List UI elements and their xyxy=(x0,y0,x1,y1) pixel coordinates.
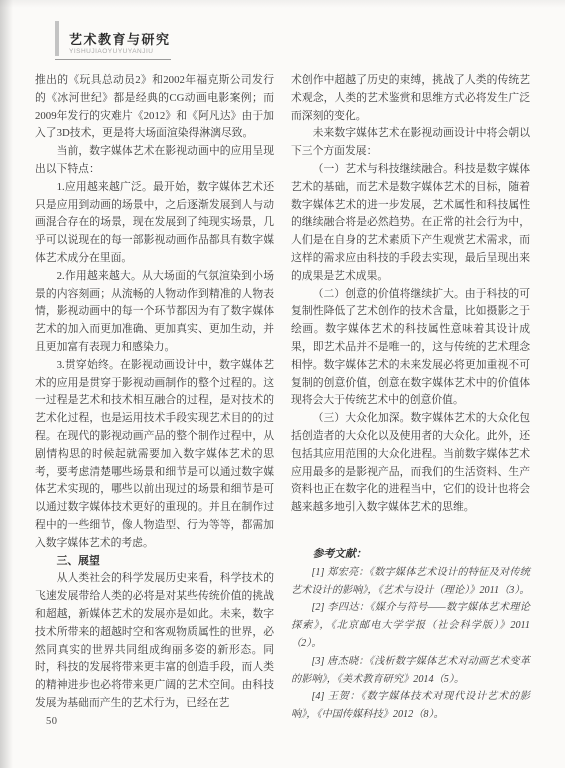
paragraph-intro-features: 当前，数字媒体艺术在影视动画中的应用呈现出以下特点： xyxy=(35,143,274,179)
header-vertical-bar xyxy=(55,21,59,56)
journal-page: 艺术教育与研究 YISHUJIAOYUYUYANJIU 推出的《玩具总动员2》和… xyxy=(0,0,565,768)
paragraph-direction-1: （一）艺术与科技继续融合。科技是数字媒体艺术的基础，而艺术是数字媒体艺术的目标，… xyxy=(291,161,530,286)
left-column: 推出的《玩具总动员2》和2002年福克斯公司发行的《冰河世纪》都是经典的CG动画… xyxy=(35,72,274,724)
right-column: 术创作中超越了历史的束缚，挑战了人类的传统艺术观念，人类的艺术鉴赏和思维方式必将… xyxy=(291,72,530,724)
paragraph-feature-1: 1.应用越来越广泛。最开始，数字媒体艺术还只是应用到动画的场景中，之后逐渐发展到… xyxy=(35,179,274,268)
paragraph-feature-3: 3.贯穿始终。在影视动画设计中，数字媒体艺术的应用是贯穿于影视动画制作的整个过程… xyxy=(35,357,274,553)
section-heading-outlook: 三、展望 xyxy=(35,553,274,571)
paragraph-direction-2: （二）创意的价值将继续扩大。由于科技的可复制性降低了艺术创作的技术含量，比如摄影… xyxy=(291,286,530,411)
paragraph-outlook: 从人类社会的科学发展历史来看，科学技术的飞速发展带给人类的必将是对某些传统价值的… xyxy=(35,570,274,712)
scan-left-edge-shadow xyxy=(0,0,13,768)
paragraph-continuation: 术创作中超越了历史的束缚，挑战了人类的传统艺术观念，人类的艺术鉴赏和思维方式必将… xyxy=(291,72,530,125)
paragraph-direction-3: （三）大众化加深。数字媒体艺术的大众化包括创造者的大众化以及使用者的大众化。此外… xyxy=(291,410,530,517)
paragraph-intro-directions: 未来数字媒体艺术在影视动画设计中将会朝以下三个方面发展： xyxy=(291,125,530,161)
journal-header: 艺术教育与研究 YISHUJIAOYUYUYANJIU xyxy=(55,22,171,60)
references-heading: 参考文献： xyxy=(291,546,530,564)
header-text-block: 艺术教育与研究 YISHUJIAOYUYUYANJIU xyxy=(69,22,171,56)
paragraph-feature-2: 2.作用越来越大。从大场面的气氛渲染到小场景的内容刻画；从流畅的人物动作到精准的… xyxy=(35,268,274,357)
reference-item: [1] 郑宏亮：《数字媒体艺术设计的特征及对传统艺术设计的影响》，《艺术与设计（… xyxy=(291,564,530,600)
article-body: 推出的《玩具总动员2》和2002年福克斯公司发行的《冰河世纪》都是经典的CG动画… xyxy=(35,72,530,724)
scan-top-edge-shadow xyxy=(0,0,565,8)
journal-title: 艺术教育与研究 xyxy=(69,32,171,47)
page-number: 50 xyxy=(46,716,58,727)
journal-title-pinyin: YISHUJIAOYUYUYANJIU xyxy=(69,48,171,56)
reference-item: [2] 李四达：《媒介与符号——数字媒体艺术理论探索》，《北京邮电大学学报（社会… xyxy=(291,599,530,652)
references-section: 参考文献： [1] 郑宏亮：《数字媒体艺术设计的特征及对传统艺术设计的影响》，《… xyxy=(291,546,530,724)
reference-item: [3] 唐杰晓：《浅析数字媒体艺术对动画艺术变革的影响》，《美术教育研究》201… xyxy=(291,653,530,689)
reference-item: [4] 王贺：《数字媒体技术对现代设计艺术的影响》，《中国传媒科技》2012（8… xyxy=(291,688,530,724)
paragraph-continuation: 推出的《玩具总动员2》和2002年福克斯公司发行的《冰河世纪》都是经典的CG动画… xyxy=(35,72,274,143)
